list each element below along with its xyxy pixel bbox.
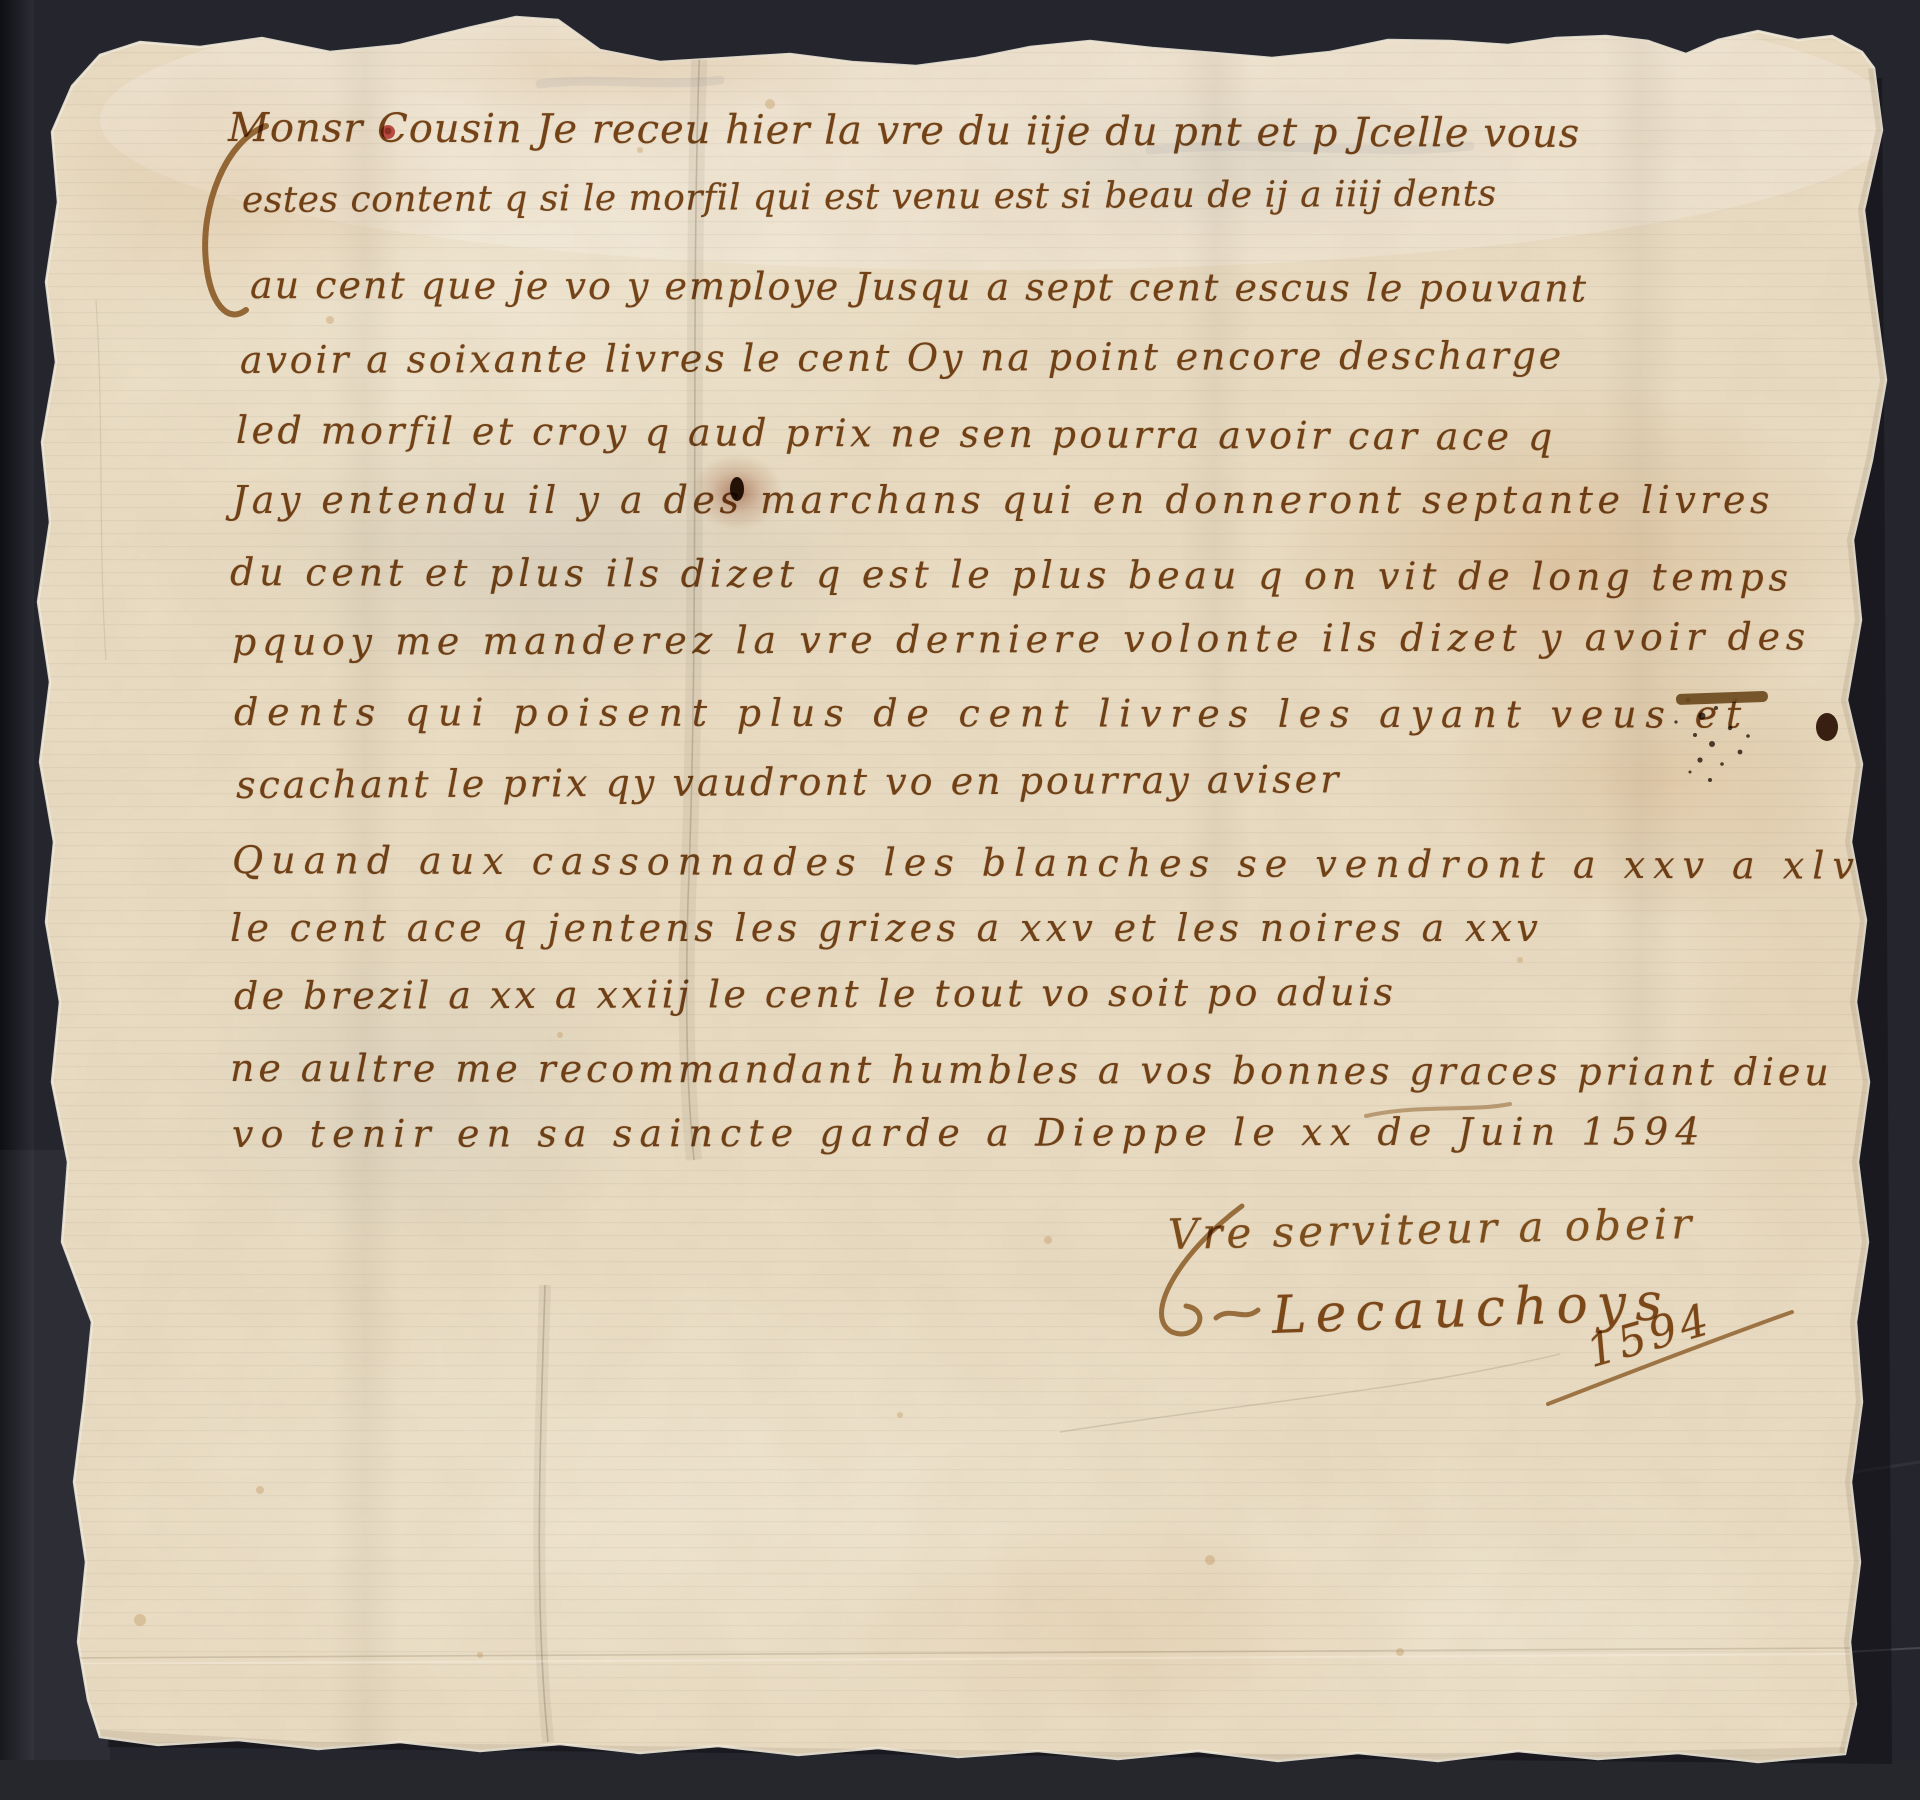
manuscript-line: au cent que je vo y employe Jusqu a sept… bbox=[250, 263, 1588, 311]
manuscript-line: Monsr Cousin Je receu hier la vre du iij… bbox=[228, 105, 1580, 157]
manuscript-line: du cent et plus ils dizet q est le plus … bbox=[230, 550, 1793, 599]
manuscript-line: le cent ace q jentens les grizes a xxv e… bbox=[230, 906, 1542, 950]
showthrough-mark bbox=[540, 80, 720, 84]
background-bottom-band bbox=[0, 1760, 1920, 1800]
manuscript-line: estes content q si le morfil qui est ven… bbox=[242, 173, 1497, 221]
manuscript-line: Jay entendu il y a des marchans qui en d… bbox=[232, 478, 1774, 522]
manuscript-line: pquoy me manderez la vre derniere volont… bbox=[232, 614, 1811, 664]
ink-blob-right-edge bbox=[1816, 713, 1838, 741]
manuscript-line: led morfil et croy q aud prix ne sen pou… bbox=[236, 408, 1556, 459]
manuscript-line: ne aultre me recommandant humbles a vos … bbox=[230, 1046, 1833, 1094]
manuscript-line: Quand aux cassonnades les blanches se ve… bbox=[232, 838, 1862, 888]
manuscript-line: vo tenir en sa saincte garde a Dieppe le… bbox=[232, 1109, 1707, 1156]
manuscript-line: de brezil a xx a xxiij le cent le tout v… bbox=[234, 970, 1397, 1018]
manuscript-line: avoir a soixante livres le cent Oy na po… bbox=[240, 333, 1564, 382]
manuscript-letter-photo: Monsr Cousin Je receu hier la vre du iij… bbox=[0, 0, 1920, 1800]
manuscript-line: scachant le prix qy vaudront vo en pourr… bbox=[236, 757, 1342, 807]
manuscript-line: dents qui poisent plus de cent livres le… bbox=[234, 690, 1750, 737]
